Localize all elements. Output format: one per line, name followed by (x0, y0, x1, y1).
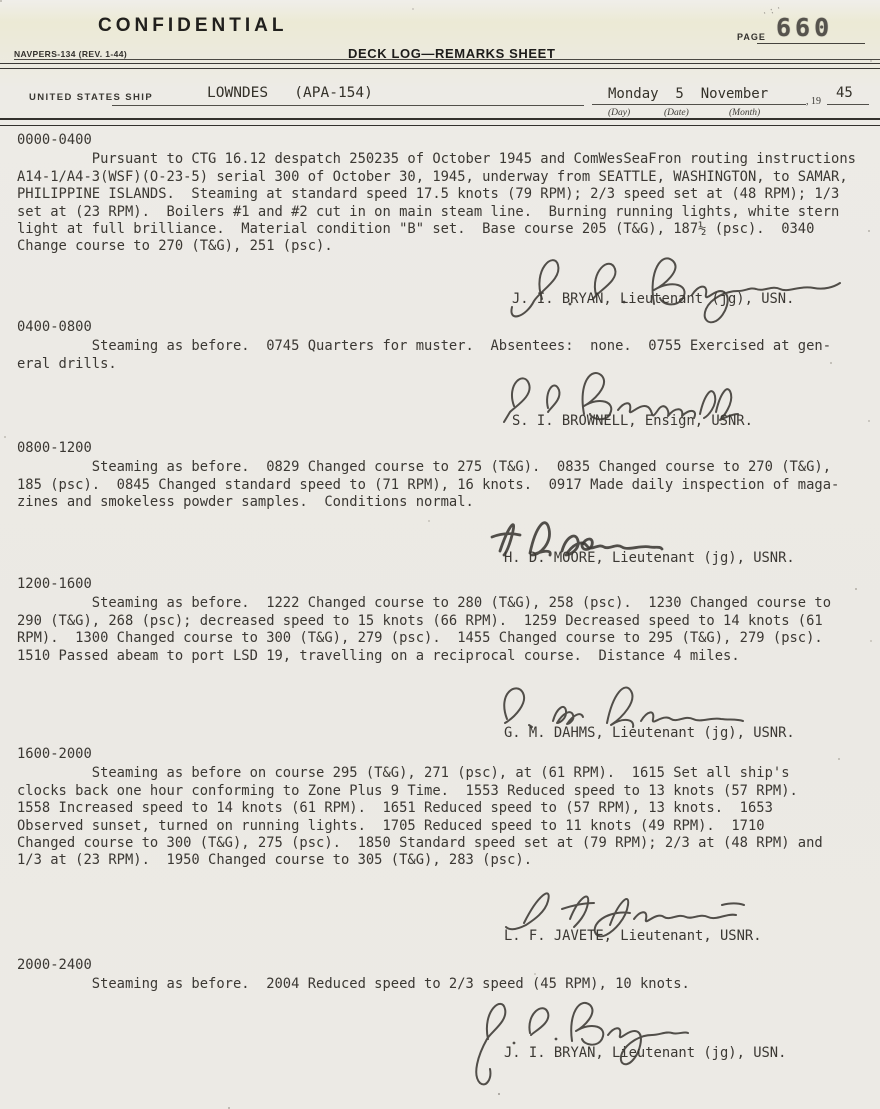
log-line: light at full brilliance. Material condi… (17, 221, 867, 238)
log-line: Steaming as before. 2004 Reduced speed t… (17, 976, 867, 993)
watch-period: 0400-0800 (17, 319, 867, 336)
signature-typed-javete: L. F. JAVETE, Lieutenant, USNR. (504, 928, 762, 944)
ship-label: UNITED STATES SHIP (29, 92, 153, 103)
header-rule-heavy (0, 118, 880, 126)
page-number-rule (757, 43, 865, 44)
log-line: RPM). 1300 Changed course to 300 (T&G), … (17, 630, 867, 647)
signature-typed-brownell: S. I. BROWNELL, Ensign, USNR. (512, 413, 753, 429)
day-caption: (Day) (608, 108, 630, 118)
ship-name-typed: LOWNDES (APA-154) (207, 85, 373, 101)
watch-period: 1600-2000 (17, 746, 867, 763)
form-number: NAVPERS-134 (REV. 1-44) (14, 49, 127, 59)
log-line: Changed course to 300 (T&G), 275 (psc). … (17, 835, 867, 852)
signature-typed-dahms: G. M. DAHMS, Lieutenant (jg), USNR. (504, 725, 795, 741)
signature-handwriting-bryan-2 (450, 991, 700, 1093)
log-line: A14-1/A4-3(WSF)(O-23-5) serial 300 of Oc… (17, 169, 867, 186)
log-line: set at (23 RPM). Boilers #1 and #2 cut i… (17, 204, 867, 221)
year-prefix: , 19 (806, 96, 821, 107)
ship-name-rule (112, 105, 584, 106)
log-line: 1510 Passed abeam to port LSD 19, travel… (17, 648, 867, 665)
log-entry-1200-1600: 1200-1600 Steaming as before. 1222 Chang… (17, 576, 867, 665)
header-rule-double (0, 63, 880, 69)
log-line: 290 (T&G), 268 (psc); decreased speed to… (17, 613, 867, 630)
log-line: Steaming as before. 0829 Changed course … (17, 459, 867, 476)
log-line: zines and smokeless powder samples. Cond… (17, 494, 867, 511)
watch-period: 1200-1600 (17, 576, 867, 593)
log-entry-0800-1200: 0800-1200 Steaming as before. 0829 Chang… (17, 440, 867, 512)
log-entry-2000-2400: 2000-2400 Steaming as before. 2004 Reduc… (17, 957, 867, 994)
watch-period: 2000-2400 (17, 957, 867, 974)
log-line: 185 (psc). 0845 Changed standard speed t… (17, 477, 867, 494)
page-label: PAGE (737, 32, 766, 42)
date-typed: Monday 5 November (608, 86, 768, 102)
log-line: Steaming as before on course 295 (T&G), … (17, 765, 867, 782)
watch-period: 0800-1200 (17, 440, 867, 457)
signature-typed-bryan-2: J. I. BRYAN, Lieutenant (jg), USN. (504, 1045, 786, 1061)
log-line: Steaming as before. 1222 Changed course … (17, 595, 867, 612)
header-rule-thin (14, 59, 880, 60)
signature-handwriting-bryan (496, 247, 856, 325)
log-line: clocks back one hour conforming to Zone … (17, 783, 867, 800)
log-line: 1558 Increased speed to 14 knots (61 RPM… (17, 800, 867, 817)
log-line: 1/3 at (23 RPM). 1950 Changed course to … (17, 852, 867, 869)
log-entry-1600-2000: 1600-2000 Steaming as before on course 2… (17, 746, 867, 870)
watch-period: 0000-0400 (17, 132, 867, 149)
log-line: Pursuant to CTG 16.12 despatch 250235 of… (17, 151, 867, 168)
signature-typed-bryan: J. I. BRYAN, Lieutenant (jg), USN. (512, 291, 794, 307)
log-line: PHILIPPINE ISLANDS. Steaming at standard… (17, 186, 867, 203)
paper-speckle (0, 0, 2, 2)
log-line: Observed sunset, turned on running light… (17, 818, 867, 835)
date-rule (592, 104, 806, 105)
deck-log-remarks-sheet-page: CONFIDENTIAL ·:· PAGE 660 NAVPERS-134 (R… (0, 0, 880, 1109)
classification-stamp: CONFIDENTIAL (98, 15, 287, 37)
page-number-stamp: 660 (776, 13, 833, 42)
month-caption: (Month) (729, 108, 760, 118)
log-entry-0000-0400: 0000-0400 Pursuant to CTG 16.12 despatch… (17, 132, 867, 256)
year-typed: 45 (836, 85, 853, 101)
year-rule (827, 104, 869, 105)
signature-typed-moore: H. D. MOORE, Lieutenant (jg), USNR. (504, 550, 795, 566)
date-caption: (Date) (664, 108, 689, 118)
log-line: Steaming as before. 0745 Quarters for mu… (17, 338, 867, 355)
